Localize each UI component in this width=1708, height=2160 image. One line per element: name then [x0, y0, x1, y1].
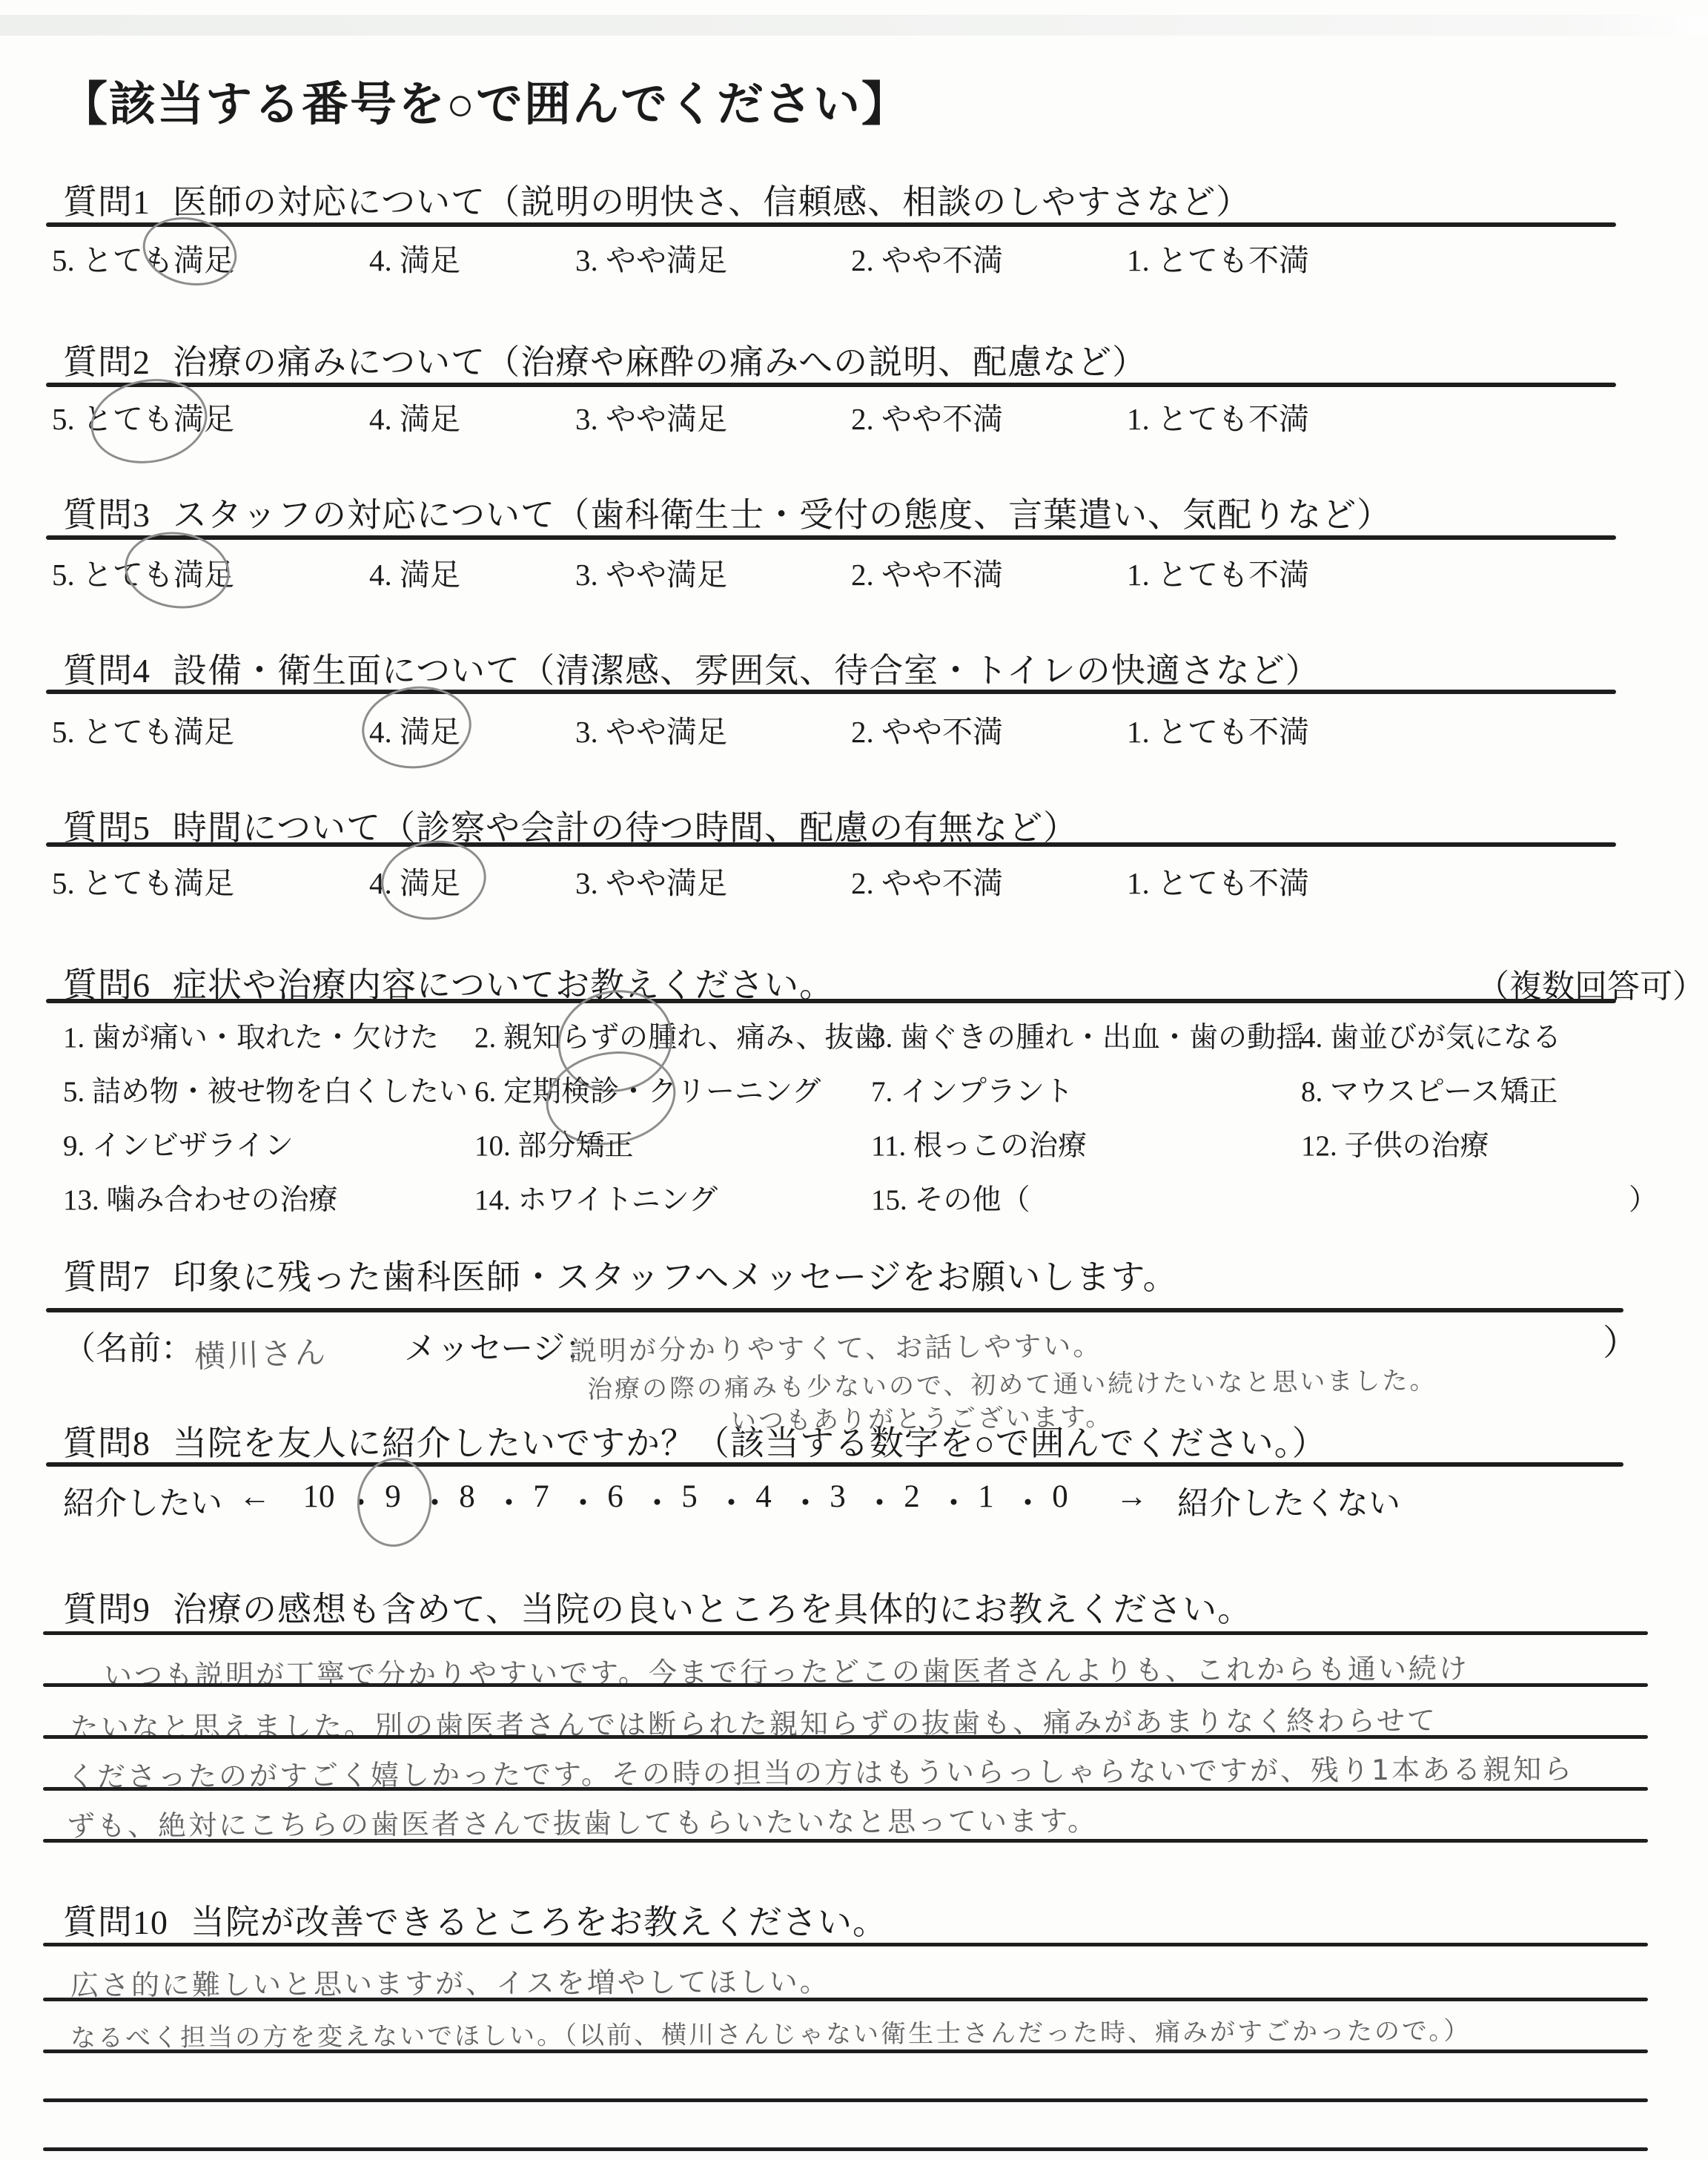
q6-other-close-paren: ） — [1629, 1177, 1658, 1218]
q4-label: 質問4 — [63, 652, 150, 690]
q7-name-handwritten: 横川さん — [193, 1328, 328, 1377]
q10-separator-rule — [43, 1943, 1648, 1946]
q8-number-9: 9 — [371, 1479, 415, 1515]
q7-label: 質問7 — [63, 1258, 150, 1296]
q6-item-3: 3. 歯ぐきの腫れ・出血・歯の動揺 — [871, 1014, 1305, 1056]
q7-name-label: （名前： — [63, 1321, 193, 1369]
q5-options-row: 5. とても満足 4. 満足 3. やや満足 2. やや不満 1. とても不満 — [52, 859, 1668, 903]
q1-option-4: 4. 満足 — [369, 236, 460, 280]
q4-option-3: 3. やや満足 — [575, 707, 727, 751]
q8-dot: ・ — [345, 1479, 367, 1524]
q8-number-1: 1 — [964, 1479, 1008, 1515]
q8-dot: ・ — [715, 1479, 738, 1524]
q6-item-7: 7. インプラント — [871, 1069, 1073, 1110]
q1-label: 質問1 — [63, 183, 150, 221]
q5-option-1: 1. とても不満 — [1127, 859, 1309, 902]
q2-option-5: 5. とても満足 — [52, 394, 234, 438]
q10-title: 当院が改善できるところをお教えください。 — [191, 1903, 887, 1941]
q7-close-paren: ） — [1603, 1314, 1638, 1365]
q2-option-3: 3. やや満足 — [575, 394, 727, 438]
q8-dot: ・ — [493, 1479, 515, 1524]
q2-heading: 質問2治療の痛みについて（治療や麻酔の痛みへの説明、配慮など） — [63, 335, 1147, 384]
q8-number-2: 2 — [890, 1479, 934, 1515]
q8-heading: 質問8当院を友人に紹介したいですか？（該当する数字を○で囲んでください。） — [63, 1416, 1327, 1465]
q10-heading: 質問10当院が改善できるところをお教えください。 — [63, 1895, 887, 1944]
q8-dot: ・ — [567, 1479, 589, 1524]
q3-title: スタッフの対応について（歯科衛生士・受付の態度、言葉遣い、気配りなど） — [173, 496, 1391, 534]
q8-number-8: 8 — [445, 1479, 489, 1515]
q10-answer-rule — [43, 2147, 1648, 2151]
q8-dot: ・ — [938, 1479, 960, 1524]
q8-dot: ・ — [641, 1479, 663, 1524]
q8-number-6: 6 — [593, 1479, 638, 1515]
q3-options-row: 5. とても満足 4. 満足 3. やや満足 2. やや不満 1. とても不満 — [52, 550, 1668, 595]
q9-separator-rule — [43, 1631, 1648, 1635]
q8-dot: ・ — [864, 1479, 886, 1524]
q10-answer-line-2: なるべく担当の方を変えないでほしい。（以前、横川さんじゃない衛生士さんだった時、… — [70, 2010, 1472, 2054]
q9-answer-rule — [43, 1683, 1648, 1687]
q8-number-10: 10 — [297, 1479, 341, 1515]
q10-answer-rule — [43, 2050, 1648, 2053]
q9-answer-rule — [43, 1735, 1648, 1739]
q8-title: 当院を友人に紹介したいですか？（該当する数字を○で囲んでください。） — [173, 1424, 1327, 1462]
q5-separator-rule — [46, 842, 1616, 847]
q8-dot: ・ — [419, 1479, 441, 1524]
q10-answer-line-1: 広さ的に難しいと思いますが、イスを増やしてほしい。 — [70, 1958, 830, 2003]
scan-artifact-band — [0, 15, 1708, 36]
q8-left-label: 紹介したい — [63, 1479, 222, 1524]
q1-option-5: 5. とても満足 — [52, 236, 234, 280]
right-arrow-icon: → — [1116, 1479, 1148, 1515]
q4-heading: 質問4設備・衛生面について（清潔感、雰囲気、待合室・トイレの快適さなど） — [63, 644, 1320, 693]
q2-title: 治療の痛みについて（治療や麻酔の痛みへの説明、配慮など） — [173, 343, 1147, 381]
q10-answer-rule — [43, 2098, 1648, 2102]
q3-option-4: 4. 満足 — [369, 550, 460, 594]
q6-row-3: 9. インビザライン 10. 部分矯正 11. 根っこの治療 12. 子供の治療 — [63, 1123, 1679, 1164]
q6-item-6: 6. 定期検診・クリーニング — [474, 1069, 821, 1110]
q6-item-15: 15. その他（ — [871, 1177, 1030, 1218]
survey-page: 【該当する番号を○で囲んでください】 質問1医師の対応について（説明の明快さ、信… — [0, 0, 1708, 2160]
q8-number-5: 5 — [667, 1479, 712, 1515]
q5-option-5: 5. とても満足 — [52, 859, 234, 902]
q6-item-2: 2. 親知らずの腫れ、痛み、抜歯 — [474, 1014, 883, 1056]
q6-row-4: 13. 噛み合わせの治療 14. ホワイトニング 15. その他（ ） — [63, 1177, 1679, 1218]
q9-heading: 質問9治療の感想も含めて、当院の良いところを具体的にお教えください。 — [63, 1582, 1252, 1631]
q6-item-1: 1. 歯が痛い・取れた・欠けた — [63, 1014, 439, 1056]
q10-answer-rule — [43, 1998, 1648, 2001]
q4-option-1: 1. とても不満 — [1127, 707, 1309, 751]
q1-heading: 質問1医師の対応について（説明の明快さ、信頼感、相談のしやすさなど） — [63, 175, 1251, 224]
q8-number-7: 7 — [519, 1479, 563, 1515]
q6-item-12: 12. 子供の治療 — [1301, 1123, 1489, 1164]
q6-item-5: 5. 詰め物・被せ物を白くしたい — [63, 1069, 468, 1110]
q5-option-4: 4. 満足 — [369, 859, 460, 902]
q7-heading: 質問7印象に残った歯科医師・スタッフへメッセージをお願いします。 — [63, 1250, 1178, 1299]
q8-label: 質問8 — [63, 1424, 150, 1462]
q4-title: 設備・衛生面について（清潔感、雰囲気、待合室・トイレの快適さなど） — [173, 652, 1320, 690]
q6-item-11: 11. 根っこの治療 — [871, 1123, 1087, 1164]
q7-separator-rule — [46, 1308, 1623, 1312]
q8-dot: ・ — [1012, 1479, 1034, 1524]
q1-title: 医師の対応について（説明の明快さ、信頼感、相談のしやすさなど） — [173, 183, 1251, 221]
q6-separator-rule — [46, 999, 1616, 1003]
q4-option-4: 4. 満足 — [369, 707, 460, 751]
q8-number-3: 3 — [815, 1479, 860, 1515]
q1-option-2: 2. やや不満 — [851, 236, 1003, 280]
q2-separator-rule — [46, 383, 1616, 387]
q9-title: 治療の感想も含めて、当院の良いところを具体的にお教えください。 — [173, 1591, 1252, 1628]
q9-label: 質問9 — [63, 1591, 150, 1628]
q9-answer-line-4: ずも、絶対にこちらの歯医者さんで抜歯してもらいたいなと思っています。 — [67, 1797, 1098, 1843]
q3-option-1: 1. とても不満 — [1127, 550, 1309, 594]
left-arrow-icon: ← — [239, 1479, 271, 1515]
q5-option-3: 3. やや満足 — [575, 859, 727, 902]
q4-options-row: 5. とても満足 4. 満足 3. やや満足 2. やや不満 1. とても不満 — [52, 707, 1668, 752]
q5-option-2: 2. やや不満 — [851, 859, 1003, 902]
q4-separator-rule — [46, 690, 1616, 694]
q8-separator-rule — [46, 1462, 1623, 1467]
q7-title: 印象に残った歯科医師・スタッフへメッセージをお願いします。 — [173, 1258, 1178, 1296]
q4-option-2: 2. やや不満 — [851, 707, 1003, 751]
q9-answer-rule — [43, 1839, 1648, 1843]
q4-option-5: 5. とても満足 — [52, 707, 234, 751]
page-title: 【該当する番号を○で囲んでください】 — [61, 67, 910, 134]
q6-item-13: 13. 噛み合わせの治療 — [63, 1177, 338, 1218]
q6-row-2: 5. 詰め物・被せ物を白くしたい 6. 定期検診・クリーニング 7. インプラン… — [63, 1069, 1679, 1110]
q8-right-label: 紹介したくない — [1177, 1479, 1400, 1524]
q8-number-0: 0 — [1038, 1479, 1082, 1515]
q5-title: 時間について（診察や会計の待つ時間、配慮の有無など） — [173, 809, 1078, 847]
q7-message-line-1: 説明が分かりやすくて、お話しやすい。 — [569, 1323, 1103, 1369]
q3-label: 質問3 — [63, 496, 150, 534]
q6-row-1: 1. 歯が痛い・取れた・欠けた 2. 親知らずの腫れ、痛み、抜歯 3. 歯ぐきの… — [63, 1014, 1679, 1056]
q6-item-8: 8. マウスピース矯正 — [1301, 1069, 1558, 1110]
q9-answer-rule — [43, 1787, 1648, 1791]
q3-option-3: 3. やや満足 — [575, 550, 727, 594]
q8-number-4: 4 — [741, 1479, 786, 1515]
q2-options-row: 5. とても満足 4. 満足 3. やや満足 2. やや不満 1. とても不満 — [52, 394, 1668, 439]
q3-option-2: 2. やや不満 — [851, 550, 1003, 594]
q1-separator-rule — [46, 222, 1616, 227]
q3-separator-rule — [46, 535, 1616, 540]
q8-dot: ・ — [790, 1479, 812, 1524]
q2-option-4: 4. 満足 — [369, 394, 460, 438]
q1-option-1: 1. とても不満 — [1127, 236, 1309, 280]
q1-options-row: 5. とても満足 4. 満足 3. やや満足 2. やや不満 1. とても不満 — [52, 236, 1668, 280]
q2-option-1: 1. とても不満 — [1127, 394, 1309, 438]
q6-item-10: 10. 部分矯正 — [474, 1123, 634, 1164]
q6-item-14: 14. ホワイトニング — [474, 1177, 718, 1218]
q10-label: 質問10 — [63, 1903, 168, 1941]
q2-option-2: 2. やや不満 — [851, 394, 1003, 438]
q3-option-5: 5. とても満足 — [52, 550, 234, 594]
q6-item-4: 4. 歯並びが気になる — [1301, 1014, 1561, 1056]
q3-heading: 質問3スタッフの対応について（歯科衛生士・受付の態度、言葉遣い、気配りなど） — [63, 488, 1391, 537]
q6-item-9: 9. インビザライン — [63, 1123, 294, 1164]
q2-label: 質問2 — [63, 343, 150, 381]
q1-option-3: 3. やや満足 — [575, 236, 727, 280]
q5-label: 質問5 — [63, 809, 150, 847]
